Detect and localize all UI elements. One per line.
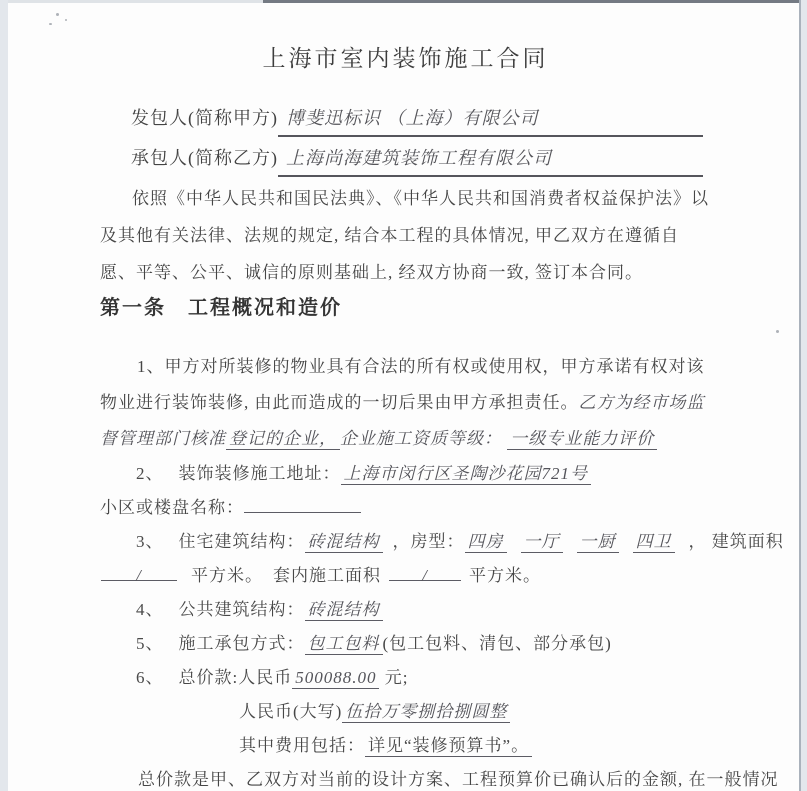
clause-2-label: 装饰装修施工地址：: [179, 464, 341, 483]
room-type-label: ，房型：: [393, 532, 465, 551]
clause-1-qualification-value: 一级专业能力评价: [507, 429, 657, 450]
inner-area-label: 套内施工面积: [273, 566, 381, 585]
clause-4-label: 公共建筑结构：: [179, 600, 305, 619]
contractor-label: 承包人(简称乙方): [131, 138, 278, 178]
fees-included-value: 详见“装修预算书”。: [365, 736, 532, 757]
clause-3-number: 3、: [136, 525, 164, 559]
section1-heading: 第一条 工程概况和造价: [100, 293, 711, 323]
bath-count-value: 四卫: [633, 532, 675, 553]
employer-name-underline: 博斐迅标识 （上海）有限公司: [278, 103, 703, 137]
contract-title: 上海市室内装饰施工合同: [100, 44, 711, 74]
clause-5-number: 5、: [136, 627, 164, 661]
hall-count-value: 一厅: [521, 532, 563, 553]
total-price-unit: 元;: [385, 668, 409, 687]
public-structure-value: 砖混结构: [305, 600, 383, 621]
site-address-value: 上海市闵行区圣陶沙花园721号: [341, 464, 592, 485]
community-name-blank: [244, 491, 361, 513]
amount-in-words-label: 人民币(大写): [239, 702, 342, 721]
total-price-value: 500088.00: [292, 668, 379, 689]
inner-area-unit: 平方米。: [469, 566, 541, 585]
clause-6-number: 6、: [136, 661, 164, 695]
inner-area-blank: /: [389, 559, 461, 581]
fees-included-line: 其中费用包括：详见“装修预算书”。: [239, 729, 711, 763]
contract-page: 上海市室内装饰施工合同 发包人(简称甲方) 博斐迅标识 （上海）有限公司 承包人…: [8, 0, 801, 791]
amount-in-words-line: 人民币(大写)伍拾万零捌拾捌圆整: [239, 695, 711, 729]
fees-included-label: 其中费用包括：: [239, 736, 365, 755]
closing-paragraph: 总价款是甲、乙双方对当前的设计方案、工程预算价已确认后的金额, 在一般情况: [100, 763, 711, 791]
clause-6-line: 6、总价款:人民币500088.00 元;: [100, 661, 711, 695]
clause-5-label: 施工承包方式：: [179, 634, 305, 653]
clause-2-number: 2、: [136, 457, 164, 491]
clause-2-line: 2、装饰装修施工地址：上海市闵行区圣陶沙花园721号: [100, 457, 711, 491]
clause-4-line: 4、公共建筑结构：砖混结构: [100, 593, 711, 627]
amount-in-words-value: 伍拾万零捌拾捌圆整: [342, 702, 510, 723]
clause-6-label: 总价款:人民币: [179, 668, 293, 687]
building-area-blank: /: [101, 559, 177, 581]
clause-3-label: 住宅建筑结构：: [179, 532, 305, 551]
contract-mode-value: 包工包料: [305, 634, 383, 655]
community-name-label: 小区或楼盘名称：: [100, 498, 244, 517]
clause-1-paragraph: 1、甲方对所装修的物业具有合法的所有权或使用权，甲方承诺有权对该物业进行装饰装修…: [100, 349, 711, 457]
kitchen-count-value: 一厨: [577, 532, 619, 553]
residence-structure-value: 砖混结构: [305, 532, 383, 553]
contract-content: 上海市室内装饰施工合同 发包人(简称甲方) 博斐迅标识 （上海）有限公司 承包人…: [8, 0, 799, 791]
contractor-name-underline: 上海尚海建筑装饰工程有限公司: [278, 143, 703, 177]
area-blanks-line: /平方米。套内施工面积/平方米。: [101, 559, 711, 593]
clause-4-number: 4、: [136, 593, 164, 627]
room-count-value: 四房: [465, 532, 507, 553]
clause-1-filled-underlined: 登记的企业，: [226, 429, 340, 450]
clause-3-line: 3、住宅建筑结构：砖混结构，房型：四房一厅一厨四卫， 建筑面积: [100, 525, 711, 559]
community-name-line: 小区或楼盘名称：: [100, 491, 711, 525]
party-row-contractor: 承包人(简称乙方) 上海尚海建筑装饰工程有限公司: [131, 138, 703, 178]
party-row-employer: 发包人(简称甲方) 博斐迅标识 （上海）有限公司: [131, 98, 703, 138]
preamble-paragraph: 依照《中华人民共和国民法典》、《中华人民共和国消费者权益保护法》以及其他有关法律…: [100, 180, 711, 291]
clause-1-qualification-label: 企业施工资质等级：: [340, 429, 502, 448]
parties-block: 发包人(简称甲方) 博斐迅标识 （上海）有限公司 承包人(简称乙方) 上海尚海建…: [100, 98, 711, 178]
building-area-unit: 平方米。: [191, 566, 263, 585]
employer-label: 发包人(简称甲方): [131, 98, 278, 138]
contract-mode-options: (包工包料、清包、部分承包): [383, 634, 612, 653]
clause-5-line: 5、施工承包方式：包工包料(包工包料、清包、部分承包): [100, 627, 711, 661]
building-area-label: ， 建筑面积: [689, 532, 784, 551]
